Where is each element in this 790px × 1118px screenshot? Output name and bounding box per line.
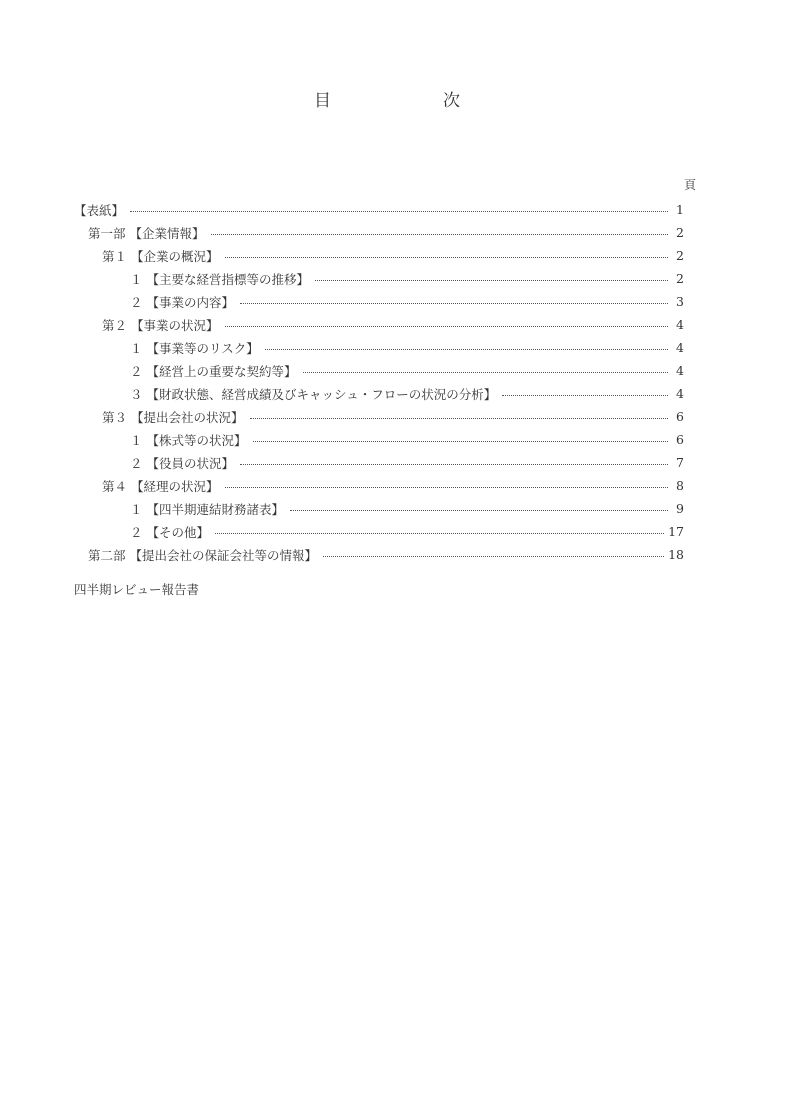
toc-entry-1-2[interactable]: ２ 【事業の内容】 3: [74, 290, 684, 313]
toc-label: １ 【株式等の状況】: [130, 431, 251, 449]
toc-label: １ 【主要な経営指標等の推移】: [130, 270, 313, 288]
dot-leader: [265, 349, 668, 350]
document-title: 目 次: [0, 86, 790, 112]
toc-entry-4-1[interactable]: １ 【四半期連結財務諸表】 9: [74, 497, 684, 520]
toc-label: １ 【四半期連結財務諸表】: [130, 500, 288, 518]
table-of-contents: 【表紙】 1 第一部 【企業情報】 2 第１ 【企業の概況】 2 １ 【主要な経…: [74, 198, 684, 566]
dot-leader: [502, 395, 668, 396]
dot-leader: [225, 326, 668, 327]
toc-page-number: 7: [670, 455, 684, 470]
page-column-header: 頁: [684, 176, 696, 193]
toc-entry-section2[interactable]: 第２ 【事業の状況】 4: [74, 313, 684, 336]
toc-page-number: 2: [670, 271, 684, 286]
dot-leader: [130, 211, 668, 212]
dot-leader: [303, 372, 668, 373]
toc-entry-3-2[interactable]: ２ 【役員の状況】 7: [74, 451, 684, 474]
toc-label: 【表紙】: [74, 201, 128, 219]
toc-page-number: 2: [670, 248, 684, 263]
review-report-label: 四半期レビュー報告書: [74, 580, 199, 598]
dot-leader: [215, 533, 664, 534]
toc-entry-4-2[interactable]: ２ 【その他】 17: [74, 520, 684, 543]
dot-leader: [225, 257, 668, 258]
dot-leader: [240, 464, 668, 465]
toc-entry-2-1[interactable]: １ 【事業等のリスク】 4: [74, 336, 684, 359]
dot-leader: [211, 234, 668, 235]
toc-entry-cover[interactable]: 【表紙】 1: [74, 198, 684, 221]
toc-label: ２ 【事業の内容】: [130, 293, 238, 311]
toc-entry-section4[interactable]: 第４ 【経理の状況】 8: [74, 474, 684, 497]
toc-page-number: 4: [670, 386, 684, 401]
toc-page-number: 6: [670, 432, 684, 447]
toc-entry-3-1[interactable]: １ 【株式等の状況】 6: [74, 428, 684, 451]
toc-label: ２ 【役員の状況】: [130, 454, 238, 472]
dot-leader: [290, 510, 668, 511]
title-char-2: 次: [443, 86, 460, 111]
toc-label: 第二部 【提出会社の保証会社等の情報】: [88, 546, 321, 564]
toc-page-number: 8: [670, 478, 684, 493]
dot-leader: [240, 303, 668, 304]
title-char-1: 目: [314, 86, 331, 111]
toc-label: 第一部 【企業情報】: [88, 224, 209, 242]
toc-page-number: 2: [670, 225, 684, 240]
toc-label: １ 【事業等のリスク】: [130, 339, 263, 357]
toc-page-number: 18: [666, 547, 684, 562]
toc-entry-2-3[interactable]: ３ 【財政状態、経営成績及びキャッシュ・フローの状況の分析】 4: [74, 382, 684, 405]
toc-entry-part2[interactable]: 第二部 【提出会社の保証会社等の情報】 18: [74, 543, 684, 566]
toc-label: 第４ 【経理の状況】: [102, 477, 223, 495]
toc-entry-section1[interactable]: 第１ 【企業の概況】 2: [74, 244, 684, 267]
toc-page-number: 9: [670, 501, 684, 516]
toc-entry-2-2[interactable]: ２ 【経営上の重要な契約等】 4: [74, 359, 684, 382]
toc-page-number: 4: [670, 317, 684, 332]
toc-page-number: 6: [670, 409, 684, 424]
toc-label: 第２ 【事業の状況】: [102, 316, 223, 334]
toc-page-number: 17: [666, 524, 684, 539]
toc-page-number: 4: [670, 340, 684, 355]
toc-entry-1-1[interactable]: １ 【主要な経営指標等の推移】 2: [74, 267, 684, 290]
toc-label: 第１ 【企業の概況】: [102, 247, 223, 265]
toc-page-number: 4: [670, 363, 684, 378]
toc-label: ３ 【財政状態、経営成績及びキャッシュ・フローの状況の分析】: [130, 385, 500, 403]
dot-leader: [225, 487, 668, 488]
toc-page-number: 3: [670, 294, 684, 309]
toc-label: 第３ 【提出会社の状況】: [102, 408, 248, 426]
toc-entry-part1[interactable]: 第一部 【企業情報】 2: [74, 221, 684, 244]
dot-leader: [253, 441, 668, 442]
toc-label: ２ 【その他】: [130, 523, 213, 541]
dot-leader: [250, 418, 668, 419]
dot-leader: [323, 556, 664, 557]
toc-page-number: 1: [670, 202, 684, 217]
toc-label: ２ 【経営上の重要な契約等】: [130, 362, 301, 380]
dot-leader: [315, 280, 668, 281]
toc-entry-section3[interactable]: 第３ 【提出会社の状況】 6: [74, 405, 684, 428]
